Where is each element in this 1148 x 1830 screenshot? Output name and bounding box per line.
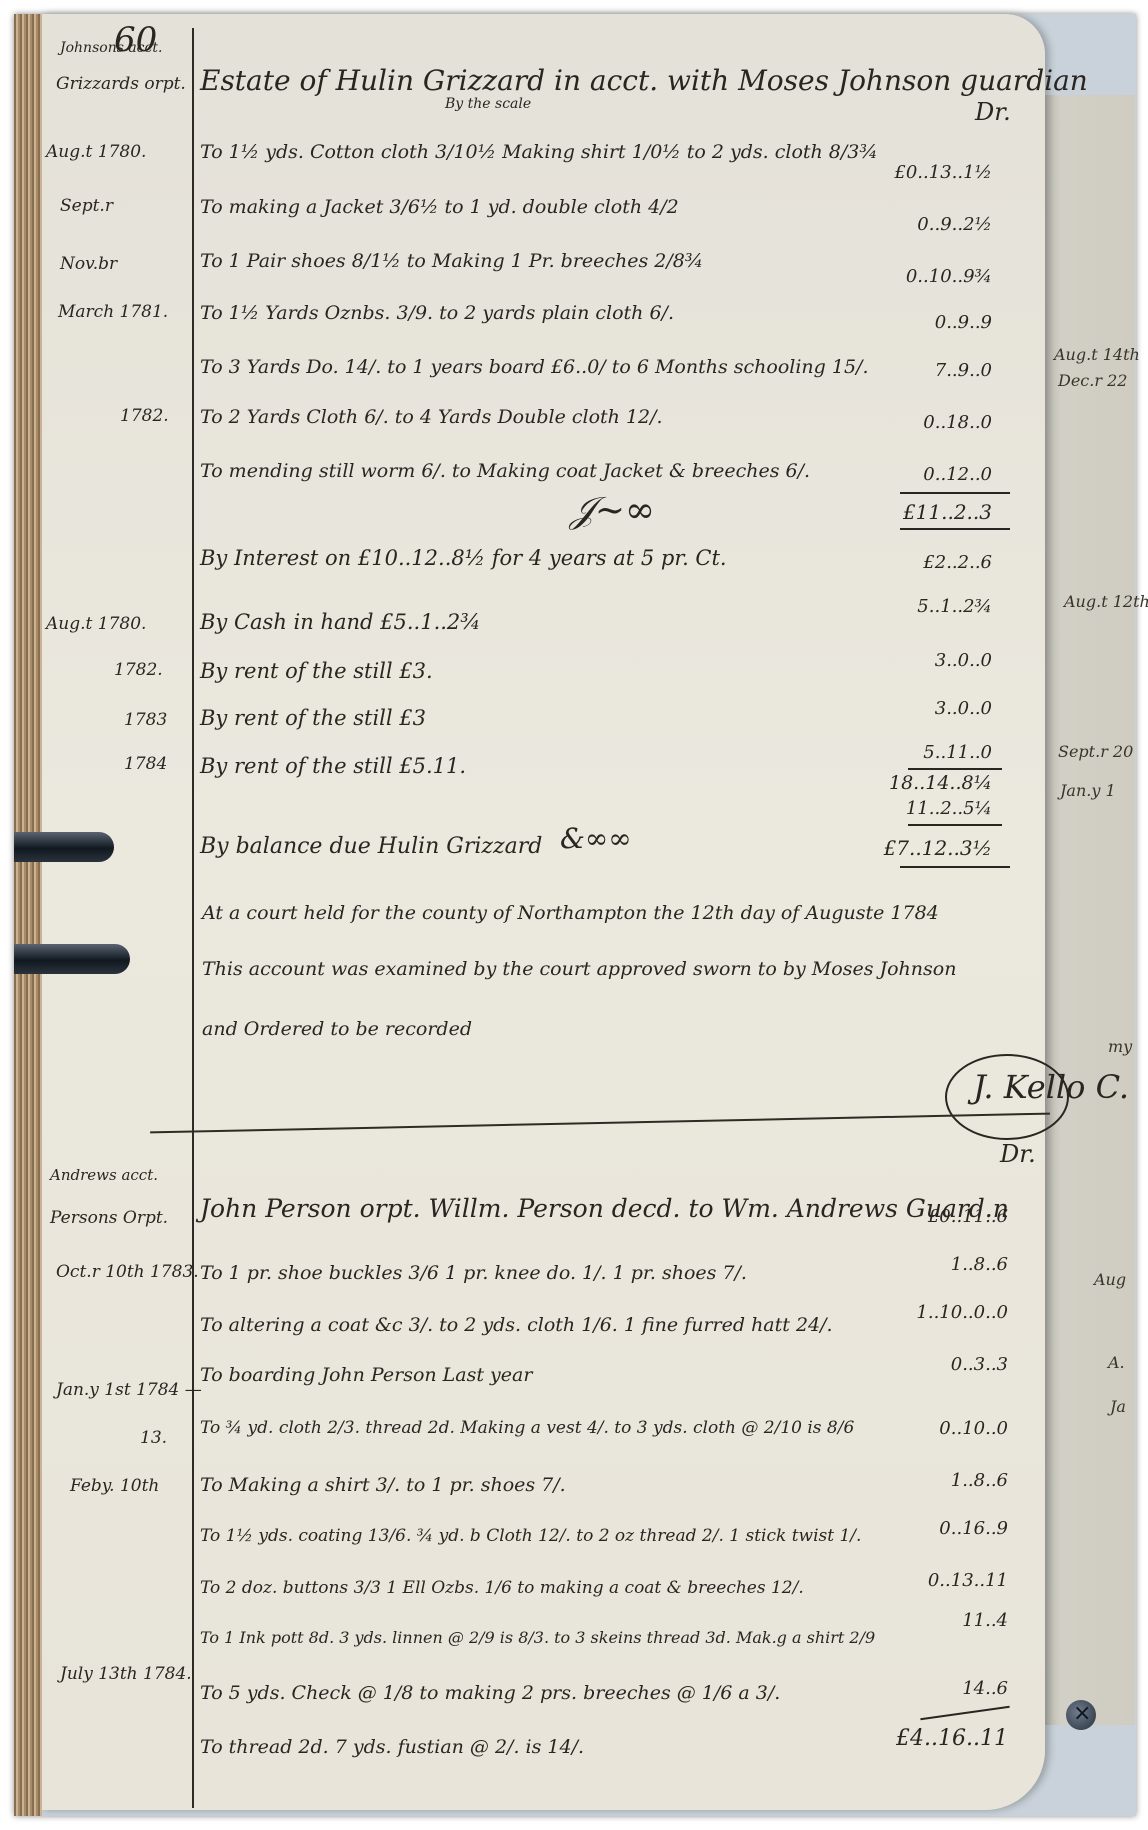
entry-amount: 0..9..9 bbox=[872, 312, 992, 333]
entry-date: Feby. 10th bbox=[70, 1476, 159, 1496]
entry-text: To altering a coat &c 3/. to 2 yds. clot… bbox=[200, 1314, 833, 1336]
screw-icon bbox=[1066, 1700, 1096, 1730]
entry-amount: 0..10..9¾ bbox=[872, 266, 992, 287]
entry-amount: 0..13..11 bbox=[888, 1570, 1008, 1591]
entry-date: Jan.y 1st 1784 — bbox=[56, 1380, 202, 1400]
entry-amount: 1..10..0..0 bbox=[888, 1302, 1008, 1323]
right-margin-note: Sept.r 20 bbox=[1058, 742, 1133, 761]
entry-text: By rent of the still £5.11. bbox=[200, 754, 466, 778]
entry-text: By Cash in hand £5..1..2¾ bbox=[200, 610, 481, 634]
entry-text: By rent of the still £3 bbox=[200, 706, 426, 730]
entry-text: By Interest on £10..12..8½ for 4 years a… bbox=[200, 546, 727, 570]
total-rule bbox=[900, 492, 1010, 494]
right-margin-note: my bbox=[1108, 1037, 1132, 1056]
margin-title: Andrews acct. bbox=[50, 1166, 158, 1184]
entry-date: 1782. bbox=[114, 660, 163, 680]
section-total: £4..16..11 bbox=[888, 1726, 1008, 1751]
balance-text: By balance due Hulin Grizzard bbox=[200, 834, 542, 859]
right-margin-note: Aug.t 12th bbox=[1064, 592, 1148, 611]
margin-title: Grizzards orpt. bbox=[56, 74, 186, 94]
right-margin-note: Ja bbox=[1110, 1397, 1126, 1416]
entry-amount: 5..11..0 bbox=[872, 742, 992, 763]
margin-title: Johnsons acct. bbox=[60, 40, 162, 56]
total-rule bbox=[908, 824, 1002, 826]
entry-amount: 0..16..9 bbox=[888, 1518, 1008, 1539]
clerk-signature: J. Kello C. bbox=[973, 1068, 1129, 1106]
entry-amount: 0..10..0 bbox=[888, 1418, 1008, 1439]
entry-text: To 1½ Yards Oznbs. 3/9. to 2 yards plain… bbox=[200, 302, 674, 324]
court-line: This account was examined by the court a… bbox=[202, 958, 956, 980]
entry-date: Aug.t 1780. bbox=[46, 142, 146, 162]
book-spine-edge bbox=[14, 14, 42, 1816]
flourish-ornament: &∞∞ bbox=[560, 822, 632, 855]
entry-amount: 11..4 bbox=[888, 1610, 1008, 1631]
entry-text: To 2 Yards Cloth 6/. to 4 Yards Double c… bbox=[200, 406, 663, 428]
right-margin-note: Dec.r 22 bbox=[1058, 371, 1127, 390]
entry-text: To 1 Pair shoes 8/1½ to Making 1 Pr. bre… bbox=[200, 250, 703, 272]
right-margin-note: A. bbox=[1108, 1353, 1125, 1372]
right-margin-note: Jan.y 1 bbox=[1060, 781, 1116, 800]
entry-date: Oct.r 10th 1783. bbox=[56, 1262, 199, 1282]
entry-text: To ¾ yd. cloth 2/3. thread 2d. Making a … bbox=[200, 1418, 854, 1438]
entry-amount: £0..13..1½ bbox=[872, 162, 992, 183]
binder-ring bbox=[14, 832, 114, 862]
right-margin-note: Aug.t 14th bbox=[1054, 345, 1140, 364]
entry-text: To 1 Ink pott 8d. 3 yds. linnen @ 2/9 is… bbox=[200, 1628, 875, 1647]
entry-text: To Making a shirt 3/. to 1 pr. shoes 7/. bbox=[200, 1474, 566, 1496]
entry-amount: 5..1..2¾ bbox=[872, 596, 992, 617]
entry-text: To 5 yds. Check @ 1/8 to making 2 prs. b… bbox=[200, 1682, 780, 1704]
margin-rule bbox=[192, 28, 194, 1808]
entry-amount: 1..8..6 bbox=[888, 1254, 1008, 1275]
entry-date: Sept.r bbox=[60, 196, 113, 216]
entry-amount: 0..18..0 bbox=[872, 412, 992, 433]
entry-text: To boarding John Person Last year bbox=[200, 1364, 532, 1386]
interlinear-note: By the scale bbox=[445, 96, 531, 112]
entry-amount: 3..0..0 bbox=[872, 698, 992, 719]
entry-date: July 13th 1784. bbox=[60, 1664, 192, 1684]
entry-text: To making a Jacket 3/6½ to 1 yd. double … bbox=[200, 196, 679, 218]
entry-date: Aug.t 1780. bbox=[46, 614, 146, 634]
entry-amount: 7..9..0 bbox=[872, 360, 992, 381]
entry-text: To 1½ yds. Cotton cloth 3/10½ Making shi… bbox=[200, 141, 878, 163]
court-line: and Ordered to be recorded bbox=[202, 1018, 472, 1040]
total-rule bbox=[920, 1706, 1009, 1721]
less-debits: 11..2..5¼ bbox=[872, 798, 992, 819]
entry-text: To mending still worm 6/. to Making coat… bbox=[200, 460, 810, 482]
entry-amount: 14..6 bbox=[888, 1678, 1008, 1699]
entry-amount: 0..3..3 bbox=[888, 1354, 1008, 1375]
binder-ring bbox=[14, 944, 130, 974]
entry-date: Nov.br bbox=[60, 254, 117, 274]
credit-total: 18..14..8¼ bbox=[872, 772, 992, 794]
entry-date: 1784 bbox=[124, 754, 167, 774]
entry-amount: £2..2..6 bbox=[872, 552, 992, 573]
entry-amount: £0..11..6 bbox=[888, 1206, 1008, 1227]
total-rule bbox=[900, 866, 1010, 868]
court-line: At a court held for the county of Northa… bbox=[202, 902, 939, 924]
account-heading: Estate of Hulin Grizzard in acct. with M… bbox=[200, 64, 1088, 97]
adjacent-page: Aug.t 14th Dec.r 22 Aug.t 12th Sept.r 20… bbox=[1030, 95, 1135, 1725]
total-rule bbox=[900, 528, 1010, 530]
total-rule bbox=[908, 768, 1002, 770]
dr-label: Dr. bbox=[975, 98, 1011, 126]
entry-text: By rent of the still £3. bbox=[200, 659, 433, 683]
entry-text: To 2 doz. buttons 3/3 1 Ell Ozbs. 1/6 to… bbox=[200, 1578, 804, 1598]
flourish-ornament: 𝒥~∞ bbox=[570, 490, 655, 532]
margin-title: Persons Orpt. bbox=[50, 1208, 168, 1228]
entry-date: March 1781. bbox=[58, 302, 168, 322]
right-margin-note: Aug bbox=[1094, 1270, 1126, 1289]
debit-total: £11..2..3 bbox=[872, 500, 992, 524]
entry-amount: 0..12..0 bbox=[872, 464, 992, 485]
balance-amount: £7..12..3½ bbox=[872, 836, 992, 860]
entry-text: To 1 pr. shoe buckles 3/6 1 pr. knee do.… bbox=[200, 1262, 747, 1284]
entry-amount: 3..0..0 bbox=[872, 650, 992, 671]
ledger-page: 60 Johnsons acct. Grizzards orpt. Estate… bbox=[40, 14, 1045, 1810]
entry-date: 1783 bbox=[124, 710, 167, 730]
entry-amount: 0..9..2½ bbox=[872, 214, 992, 235]
clerk-signature-seal: J. Kello C. bbox=[945, 1054, 1069, 1140]
entry-text: To 3 Yards Do. 14/. to 1 years board £6.… bbox=[200, 356, 868, 378]
section-divider bbox=[150, 1113, 1050, 1134]
entry-date: 13. bbox=[140, 1428, 167, 1448]
dr-label: Dr. bbox=[1000, 1140, 1036, 1168]
entry-date: 1782. bbox=[120, 406, 169, 426]
entry-amount: 1..8..6 bbox=[888, 1470, 1008, 1491]
entry-text: To 1½ yds. coating 13/6. ¾ yd. b Cloth 1… bbox=[200, 1526, 861, 1546]
entry-text: To thread 2d. 7 yds. fustian @ 2/. is 14… bbox=[200, 1736, 584, 1758]
